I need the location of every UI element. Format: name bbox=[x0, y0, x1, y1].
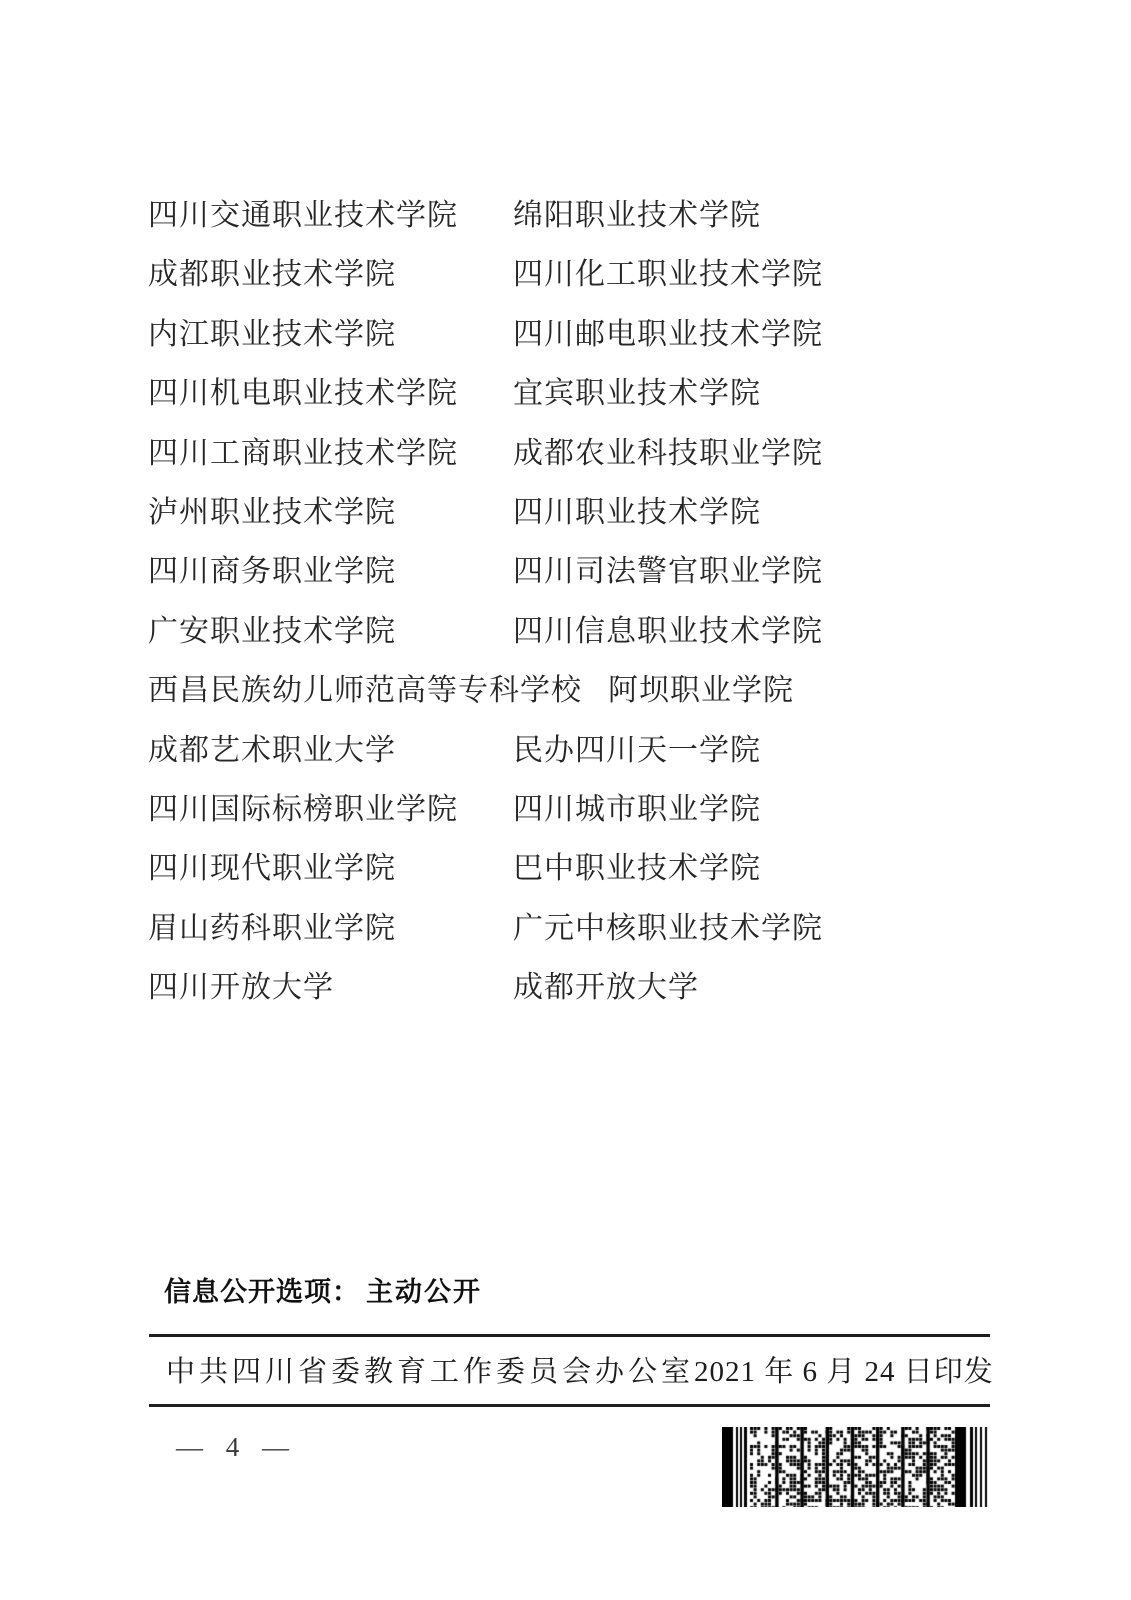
page-number: — 4 — bbox=[176, 1432, 291, 1463]
college-row: 四川工商职业技术学院 成都农业科技职业学院 bbox=[148, 437, 1008, 496]
college-row: 四川机电职业技术学院 宜宾职业技术学院 bbox=[148, 377, 1008, 436]
college-name-left: 西昌民族幼儿师范高等专科学校 bbox=[148, 674, 608, 708]
college-name-left: 成都职业技术学院 bbox=[148, 258, 513, 292]
imprint-date: 2021 年 6 月 24 日印发 bbox=[694, 1349, 994, 1390]
college-row: 四川商务职业学院 四川司法警官职业学院 bbox=[148, 555, 1008, 614]
college-row: 泸州职业技术学院 四川职业技术学院 bbox=[148, 496, 1008, 555]
imprint-bottom-rule bbox=[149, 1404, 990, 1407]
college-name-right: 四川邮电职业技术学院 bbox=[513, 318, 823, 352]
college-row: 广安职业技术学院 四川信息职业技术学院 bbox=[148, 615, 1008, 674]
college-name-right: 绵阳职业技术学院 bbox=[513, 199, 761, 233]
college-row: 四川现代职业学院 巴中职业技术学院 bbox=[148, 852, 1008, 911]
college-name-left: 四川开放大学 bbox=[148, 971, 513, 1005]
college-name-right: 四川城市职业学院 bbox=[513, 793, 761, 827]
college-name-left: 眉山药科职业学院 bbox=[148, 912, 513, 946]
document-page: 四川交通职业技术学院 绵阳职业技术学院 成都职业技术学院 四川化工职业技术学院 … bbox=[0, 0, 1131, 1600]
college-name-left: 广安职业技术学院 bbox=[148, 615, 513, 649]
disclosure-value: 主动公开 bbox=[366, 1277, 482, 1307]
college-name-left: 内江职业技术学院 bbox=[148, 318, 513, 352]
college-name-left: 四川工商职业技术学院 bbox=[148, 437, 513, 471]
college-name-right: 成都开放大学 bbox=[513, 971, 699, 1005]
college-row: 四川开放大学 成都开放大学 bbox=[148, 971, 1008, 1030]
college-row: 四川国际标榜职业学院 四川城市职业学院 bbox=[148, 793, 1008, 852]
college-name-right: 四川信息职业技术学院 bbox=[513, 615, 823, 649]
disclosure-line: 信息公开选项：主动公开 bbox=[164, 1276, 482, 1308]
college-name-left: 四川国际标榜职业学院 bbox=[148, 793, 513, 827]
college-name-left: 四川现代职业学院 bbox=[148, 852, 513, 886]
college-name-right: 阿坝职业学院 bbox=[608, 674, 794, 708]
college-name-right: 民办四川天一学院 bbox=[513, 734, 761, 768]
college-row: 西昌民族幼儿师范高等专科学校 阿坝职业学院 bbox=[148, 674, 1008, 733]
college-row: 成都职业技术学院 四川化工职业技术学院 bbox=[148, 258, 1008, 317]
college-name-right: 成都农业科技职业学院 bbox=[513, 437, 823, 471]
college-name-left: 四川交通职业技术学院 bbox=[148, 199, 513, 233]
college-row: 四川交通职业技术学院 绵阳职业技术学院 bbox=[148, 199, 1008, 258]
college-name-left: 成都艺术职业大学 bbox=[148, 734, 513, 768]
imprint-top-rule bbox=[149, 1334, 990, 1337]
college-row: 眉山药科职业学院 广元中核职业技术学院 bbox=[148, 912, 1008, 971]
college-row: 成都艺术职业大学 民办四川天一学院 bbox=[148, 734, 1008, 793]
college-list: 四川交通职业技术学院 绵阳职业技术学院 成都职业技术学院 四川化工职业技术学院 … bbox=[148, 199, 1008, 1030]
college-name-left: 四川商务职业学院 bbox=[148, 555, 513, 589]
college-name-right: 四川化工职业技术学院 bbox=[513, 258, 823, 292]
document-2d-barcode bbox=[722, 1427, 994, 1507]
college-name-right: 宜宾职业技术学院 bbox=[513, 377, 761, 411]
college-name-right: 广元中核职业技术学院 bbox=[513, 912, 823, 946]
college-name-right: 巴中职业技术学院 bbox=[513, 852, 761, 886]
disclosure-label: 信息公开选项： bbox=[164, 1277, 360, 1307]
college-name-right: 四川司法警官职业学院 bbox=[513, 555, 823, 589]
college-name-right: 四川职业技术学院 bbox=[513, 496, 761, 530]
college-row: 内江职业技术学院 四川邮电职业技术学院 bbox=[148, 318, 1008, 377]
college-name-left: 泸州职业技术学院 bbox=[148, 496, 513, 530]
imprint-row: 中共四川省委教育工作委员会办公室 2021 年 6 月 24 日印发 bbox=[149, 1345, 990, 1393]
college-name-left: 四川机电职业技术学院 bbox=[148, 377, 513, 411]
imprint-issuer: 中共四川省委教育工作委员会办公室 bbox=[149, 1349, 694, 1390]
